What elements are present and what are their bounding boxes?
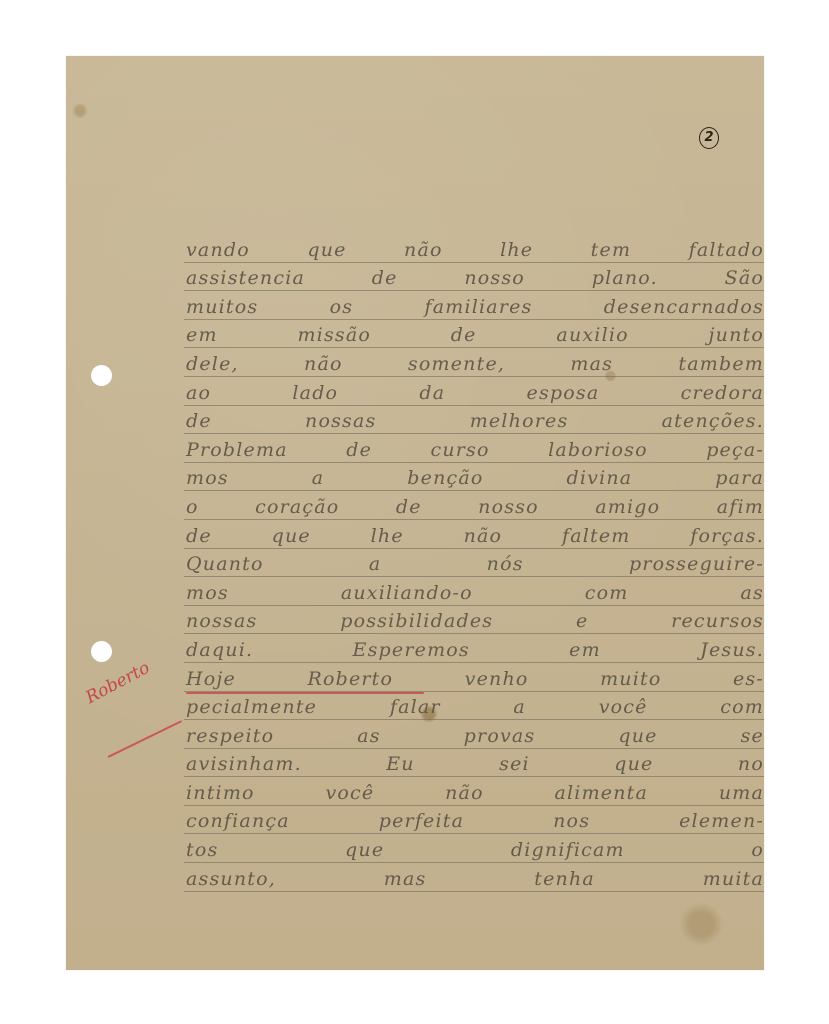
text-line: mos auxiliando-o com as: [184, 577, 764, 606]
line-text: dele, não somente, mas tambem: [186, 353, 764, 375]
text-line: assunto, mas tenha muita: [184, 863, 764, 892]
text-line: vando que não lhe tem faltado: [184, 234, 764, 263]
text-line: intimo você não alimenta uma: [184, 777, 764, 806]
punch-hole-top: [91, 365, 112, 386]
line-text: o coração de nosso amigo afim: [186, 496, 764, 518]
line-text: pecialmente falar a você com: [186, 696, 764, 718]
line-text: tos que dignificam o: [186, 839, 764, 861]
line-text: confiança perfeita nos elemen-: [186, 810, 764, 832]
line-text: de que lhe não faltem forças.: [186, 525, 764, 547]
text-line: de que lhe não faltem forças.: [184, 520, 764, 549]
text-line: Problema de curso laborioso peça-: [184, 434, 764, 463]
line-text: em missão de auxilio junto: [186, 324, 764, 346]
line-text: avisinham. Eu sei que no: [186, 753, 764, 775]
text-line: dele, não somente, mas tambem: [184, 348, 764, 377]
text-line: avisinham. Eu sei que no: [184, 749, 764, 778]
text-line: de nossas melhores atenções.: [184, 406, 764, 435]
line-text: respeito as provas que se: [186, 725, 764, 747]
line-text: Quanto a nós prosseguire-: [186, 553, 764, 575]
manuscript-page: 2 Roberto vando que não lhe tem faltado …: [66, 56, 764, 970]
line-text: Hoje Roberto venho muito es-: [186, 668, 764, 690]
text-line: confiança perfeita nos elemen-: [184, 806, 764, 835]
text-line: assistencia de nosso plano. São: [184, 263, 764, 292]
line-text: ao lado da esposa credora: [186, 382, 764, 404]
text-line: em missão de auxilio junto: [184, 320, 764, 349]
line-text: vando que não lhe tem faltado: [186, 239, 764, 261]
text-line: o coração de nosso amigo afim: [184, 491, 764, 520]
text-line: muitos os familiares desencarnados: [184, 291, 764, 320]
line-text: intimo você não alimenta uma: [186, 782, 764, 804]
line-text: de nossas melhores atenções.: [186, 410, 764, 432]
text-line: daqui. Esperemos em Jesus.: [184, 634, 764, 663]
line-text: Problema de curso laborioso peça-: [186, 439, 764, 461]
ruled-text-body: vando que não lhe tem faltado assistenci…: [184, 234, 764, 892]
line-text: assunto, mas tenha muita: [186, 868, 764, 890]
line-text: assistencia de nosso plano. São: [186, 267, 764, 289]
page-number: 2: [699, 127, 719, 149]
margin-red-stroke: [108, 720, 183, 758]
text-line: pecialmente falar a você com: [184, 692, 764, 721]
punch-hole-bottom: [91, 641, 112, 662]
text-line: tos que dignificam o: [184, 834, 764, 863]
text-line: mos a benção divina para: [184, 463, 764, 492]
text-line: nossas possibilidades e recursos: [184, 606, 764, 635]
text-line: ao lado da esposa credora: [184, 377, 764, 406]
margin-note-red: Roberto: [83, 658, 153, 708]
line-text: muitos os familiares desencarnados: [186, 296, 764, 318]
line-text: mos a benção divina para: [186, 467, 764, 489]
text-line: Quanto a nós prosseguire-: [184, 549, 764, 578]
line-text: mos auxiliando-o com as: [186, 582, 764, 604]
line-text: nossas possibilidades e recursos: [186, 610, 764, 632]
line-text: daqui. Esperemos em Jesus.: [186, 639, 764, 661]
text-line: respeito as provas que se: [184, 720, 764, 749]
text-line-underlined: Hoje Roberto venho muito es-: [184, 663, 764, 692]
